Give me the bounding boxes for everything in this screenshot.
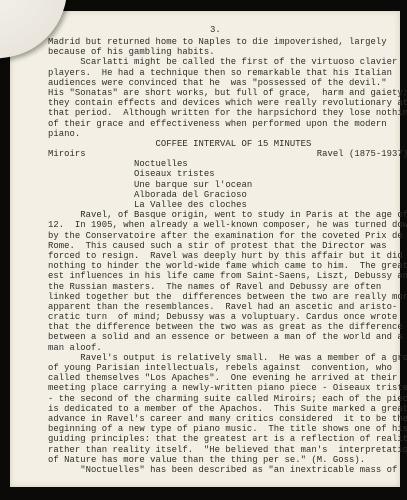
text-line: of their grace and effectiveness when pe…	[48, 119, 398, 129]
text-line: by the Conservatoire after the examinati…	[48, 231, 398, 241]
text-line: meeting place carrying a newly-written p…	[48, 383, 398, 393]
text-line: Ravel's output is relatively small. He w…	[48, 353, 398, 363]
document-page: 3. Madrid but returned home to Naples to…	[10, 11, 400, 487]
text-line: between a solid and an essence or betwee…	[48, 332, 398, 342]
text-line: Madrid but returned home to Naples to di…	[48, 37, 398, 47]
movement-title: Une barque sur l'ocean	[48, 180, 398, 190]
text-line: that period. Although written for the ha…	[48, 108, 398, 118]
text-line: man aloof.	[48, 343, 398, 353]
text-line: His "Sonatas" are short works, but full …	[48, 88, 398, 98]
text-line: rather than reality itself. "He believed…	[48, 445, 398, 455]
interval-heading: COFFEE INTERVAL OF 15 MINUTES	[48, 139, 398, 149]
movement-title: Alborada del Gracioso	[48, 190, 398, 200]
text-line: the Russian masters. The names of Ravel …	[48, 282, 398, 292]
text-line: is dedicated to a member of the Apachos.…	[48, 404, 398, 414]
text-line: Rome. This caused such a stir of protest…	[48, 241, 398, 251]
text-line: Scarlatti might be called the first of t…	[48, 57, 398, 67]
text-line: of young Parisian intellectuals, rebels …	[48, 363, 398, 373]
text-line: players. He had a technique then so rema…	[48, 68, 398, 78]
movement-title: Noctuelles	[48, 159, 398, 169]
movement-title: Oiseaux tristes	[48, 169, 398, 179]
text-line: they contain effects and devices which w…	[48, 98, 398, 108]
text-line: audiences were convinced that he was "po…	[48, 78, 398, 88]
text-line: beginning of a new type of piano music. …	[48, 424, 398, 434]
text-line: advance in Ravel's career and many criti…	[48, 414, 398, 424]
text-line: "Noctuelles" has been described as "an i…	[48, 465, 398, 475]
text-line: apparent than the resemblances. Ravel ha…	[48, 302, 398, 312]
text-line: Ravel, of Basque origin, went to study i…	[48, 210, 398, 220]
typewritten-body: Madrid but returned home to Naples to di…	[48, 37, 398, 475]
text-line: 12. In 1905, when already a well-known c…	[48, 220, 398, 230]
text-line: because of his gambling habits.	[48, 47, 398, 57]
text-line: cratic turn of mind; Debussy was a volup…	[48, 312, 398, 322]
program-entry: Miroirs Ravel (1875-1937)	[48, 149, 398, 159]
text-line: that the difference between the two was …	[48, 322, 398, 332]
text-line: - the second of the charming suite calle…	[48, 394, 398, 404]
text-line: linked together but the differences betw…	[48, 292, 398, 302]
text-line: est influences in his life came from Sai…	[48, 271, 398, 281]
text-line: of Nature has more value than the thing …	[48, 455, 398, 465]
movement-title: La Vallee des cloches	[48, 200, 398, 210]
text-line: piano.	[48, 129, 398, 139]
text-line: nothing to hinder the world-wide fame wh…	[48, 261, 398, 271]
text-line: forced to resign. Ravel was deeply hurt …	[48, 251, 398, 261]
text-line: called themselves "Los Apaches". One eve…	[48, 373, 398, 383]
page-number: 3.	[210, 25, 221, 35]
text-line: guiding principles: that the greatest ar…	[48, 434, 398, 444]
